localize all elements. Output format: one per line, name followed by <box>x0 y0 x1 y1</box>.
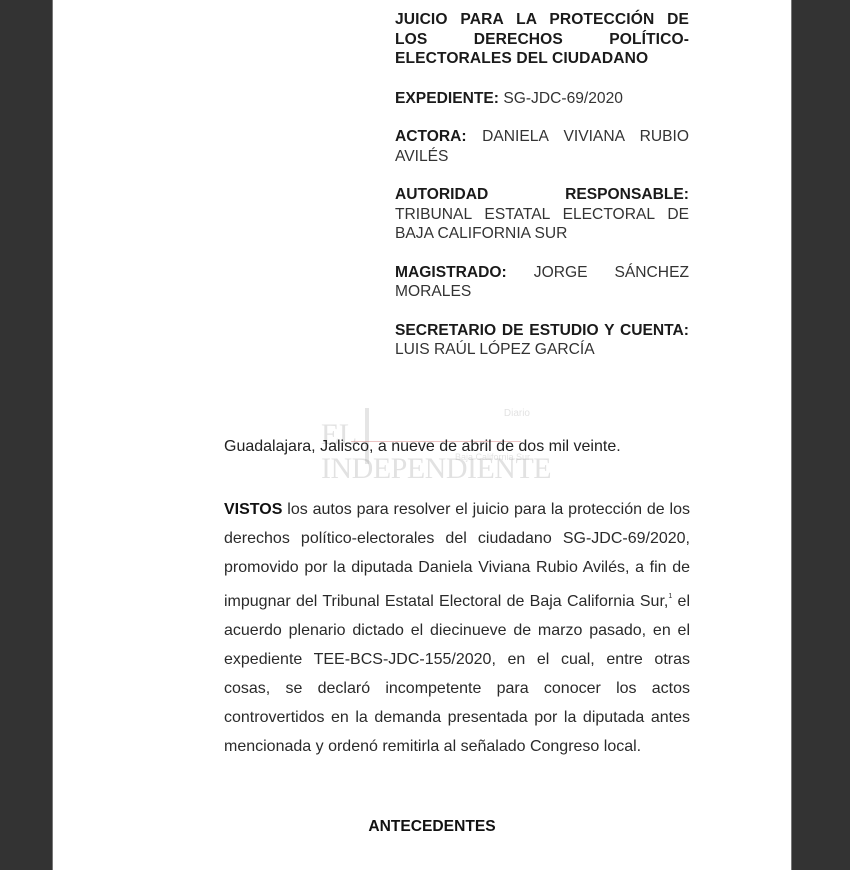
section-heading-antecedentes: ANTECEDENTES <box>53 818 791 836</box>
vistos-lead: VISTOS <box>224 501 282 518</box>
field-label: ACTORA: <box>395 128 467 145</box>
vistos-paragraph: VISTOS los autos para resolver el juicio… <box>224 495 690 761</box>
field-label: AUTORIDAD RESPONSABLE: <box>395 186 689 203</box>
field-secretario: SECRETARIO DE ESTUDIO Y CUENTA: LUIS RAÚ… <box>395 321 689 360</box>
field-value: SG-JDC-69/2020 <box>503 90 623 107</box>
case-title-line: ELECTORALES DEL CIUDADANO <box>395 49 689 69</box>
field-autoridad-responsable: AUTORIDAD RESPONSABLE: TRIBUNAL ESTATAL … <box>395 185 689 244</box>
case-title: JUICIO PARA LA PROTECCIÓN DE LOS DERECHO… <box>395 10 689 69</box>
paragraph-text: los autos para resolver el juicio para l… <box>224 501 690 610</box>
field-magistrado: MAGISTRADO: JORGE SÁNCHEZ MORALES <box>395 263 689 302</box>
field-expediente: EXPEDIENTE: SG-JDC-69/2020 <box>395 89 689 109</box>
date-line: Guadalajara, Jalisco, a nueve de abril d… <box>224 438 621 456</box>
field-label: MAGISTRADO: <box>395 264 507 281</box>
case-title-line: JUICIO PARA LA PROTECCIÓN DE <box>395 10 689 30</box>
field-actora: ACTORA: DANIELA VIVIANA RUBIO AVILÉS <box>395 127 689 166</box>
paragraph-text: el acuerdo plenario dictado el diecinuev… <box>224 593 690 755</box>
case-header: JUICIO PARA LA PROTECCIÓN DE LOS DERECHO… <box>395 10 689 379</box>
field-value: LUIS RAÚL LÓPEZ GARCÍA <box>395 341 595 358</box>
field-value: TRIBUNAL ESTATAL ELECTORAL DE BAJA CALIF… <box>395 206 689 243</box>
document-page: JUICIO PARA LA PROTECCIÓN DE LOS DERECHO… <box>53 0 791 870</box>
field-label: SECRETARIO DE ESTUDIO Y CUENTA: <box>395 322 689 339</box>
watermark-top-label: Diario <box>504 408 530 419</box>
field-label: EXPEDIENTE: <box>395 90 499 107</box>
case-title-line: LOS DERECHOS POLÍTICO- <box>395 30 689 50</box>
